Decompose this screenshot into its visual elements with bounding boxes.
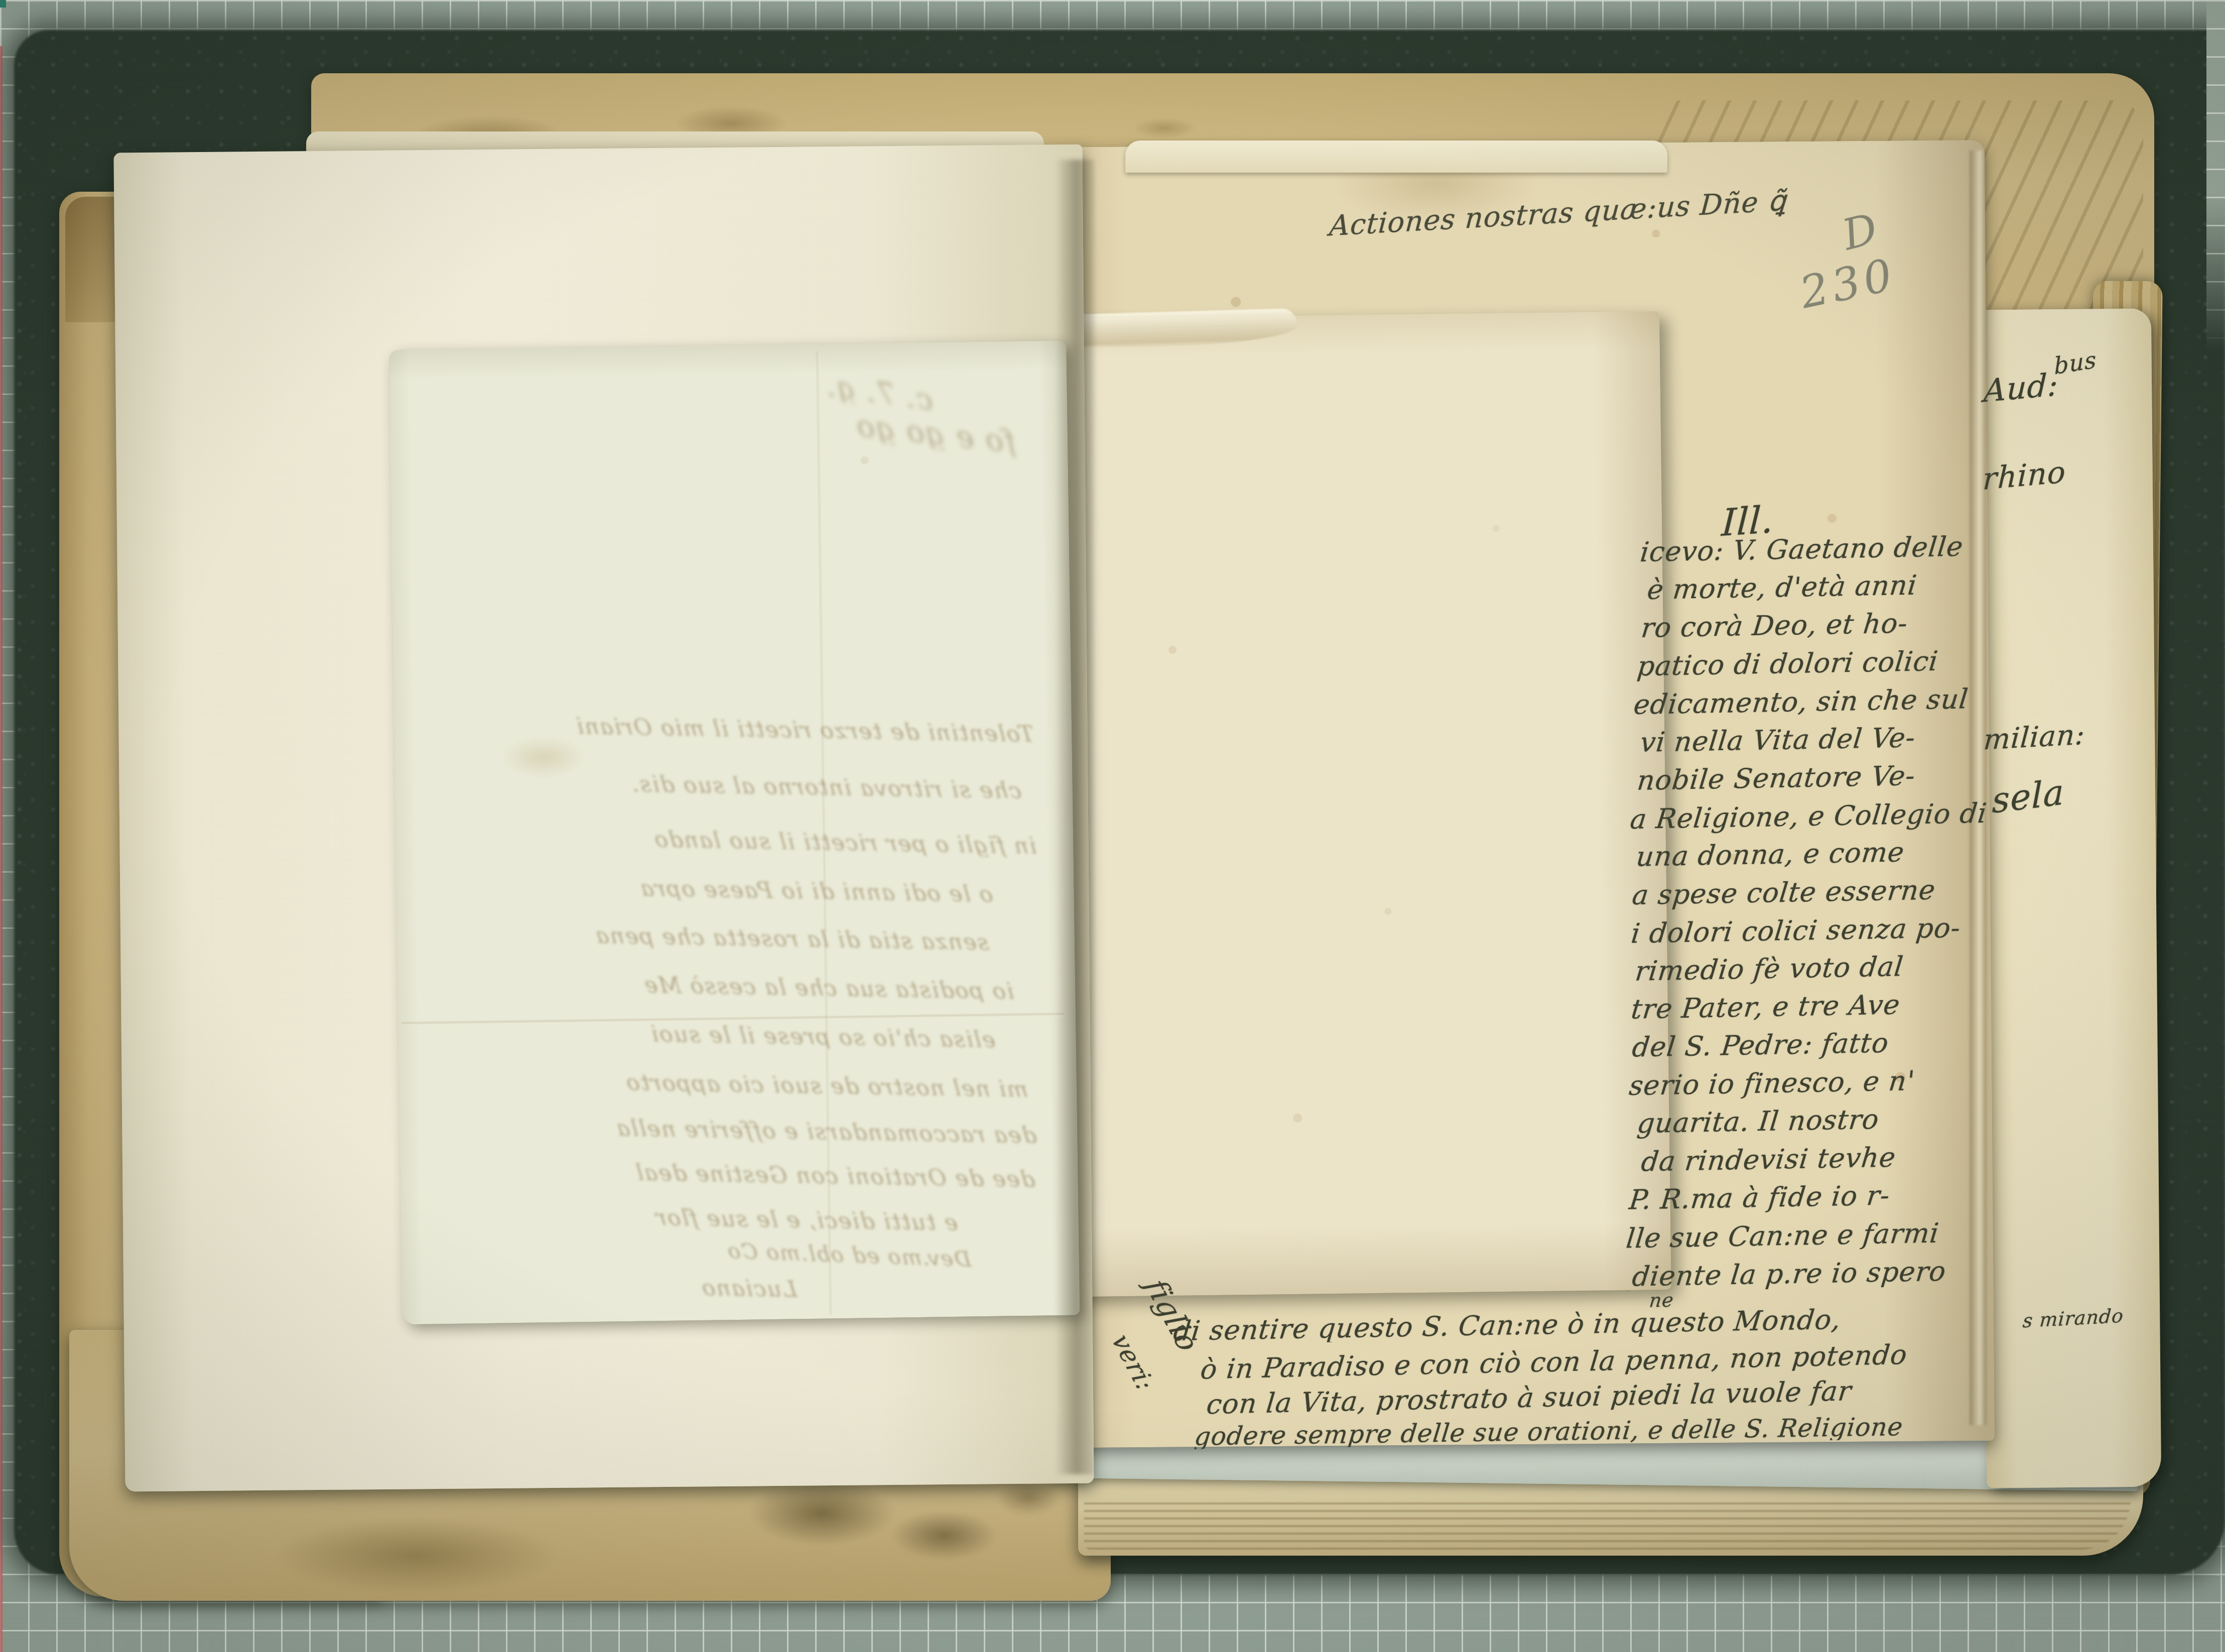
manuscript-photo: Tolentini de terzo ricetti il mio Oriani…	[0, 0, 2225, 1652]
manuscript-line: icevo: V. Gaetano delle	[1639, 533, 1965, 566]
scan-edge-artifact-red	[0, 46, 3, 1652]
manuscript-line: a spese colte esserne	[1631, 877, 1937, 909]
manuscript-line: vi nella Vita del Ve-	[1639, 724, 1917, 756]
manuscript-line: Luciano	[585, 1275, 799, 1301]
under-sheet-top-edge	[1125, 141, 1667, 173]
manuscript-line: serio io finesco, e n'	[1628, 1067, 1916, 1099]
manuscript-line: edicamento, sin che sul	[1632, 685, 1970, 719]
grid-mat-right-strip	[2206, 0, 2225, 351]
page-fold-edge	[1970, 151, 1987, 1425]
manuscript-line: ne	[1648, 1291, 1675, 1310]
manuscript-line: una donna, e come	[1635, 839, 1906, 870]
manuscript-line: rimedio fè voto dal	[1634, 953, 1905, 985]
manuscript-line: tre Pater, e tre Ave	[1630, 991, 1901, 1023]
manuscript-line: milian:	[1983, 721, 2086, 755]
parchment-stain	[261, 1505, 572, 1606]
manuscript-line: è morte, d'età anni	[1646, 572, 1918, 603]
manuscript-line: bus	[2054, 348, 2097, 378]
gutter-shadow	[1055, 160, 1094, 1474]
manuscript-line: a Religione, e Collegio di	[1629, 800, 1988, 834]
manuscript-line: s mirando	[2022, 1306, 2125, 1331]
manuscript-line: guarita. Il nostro	[1636, 1106, 1880, 1138]
manuscript-line: diente la p.re io spero	[1631, 1258, 1947, 1290]
manuscript-line: lle sue Can:ne e farmi	[1625, 1220, 1940, 1253]
manuscript-line: patico di dolori colici	[1636, 648, 1939, 680]
scan-edge-artifact-teal	[0, 0, 6, 8]
manuscript-line: P. R.ma à fide io r-	[1628, 1182, 1891, 1213]
deckled-page-edges	[1084, 1499, 2131, 1550]
manuscript-line: del S. Pedre: fatto	[1631, 1029, 1890, 1061]
manuscript-line: ro corà Deo, et ho-	[1640, 610, 1909, 641]
manuscript-line: i dolori colici senza po-	[1630, 914, 1962, 947]
manuscript-line: sela	[1992, 774, 2064, 818]
manuscript-line: nobile Senatore Ve-	[1636, 762, 1916, 794]
manuscript-line: da rindevisi tevhe	[1640, 1144, 1897, 1176]
blank-cover-sheet	[996, 311, 1671, 1298]
manuscript-line: Aud:	[1983, 369, 2059, 406]
manuscript-line: rhino	[1982, 457, 2066, 495]
